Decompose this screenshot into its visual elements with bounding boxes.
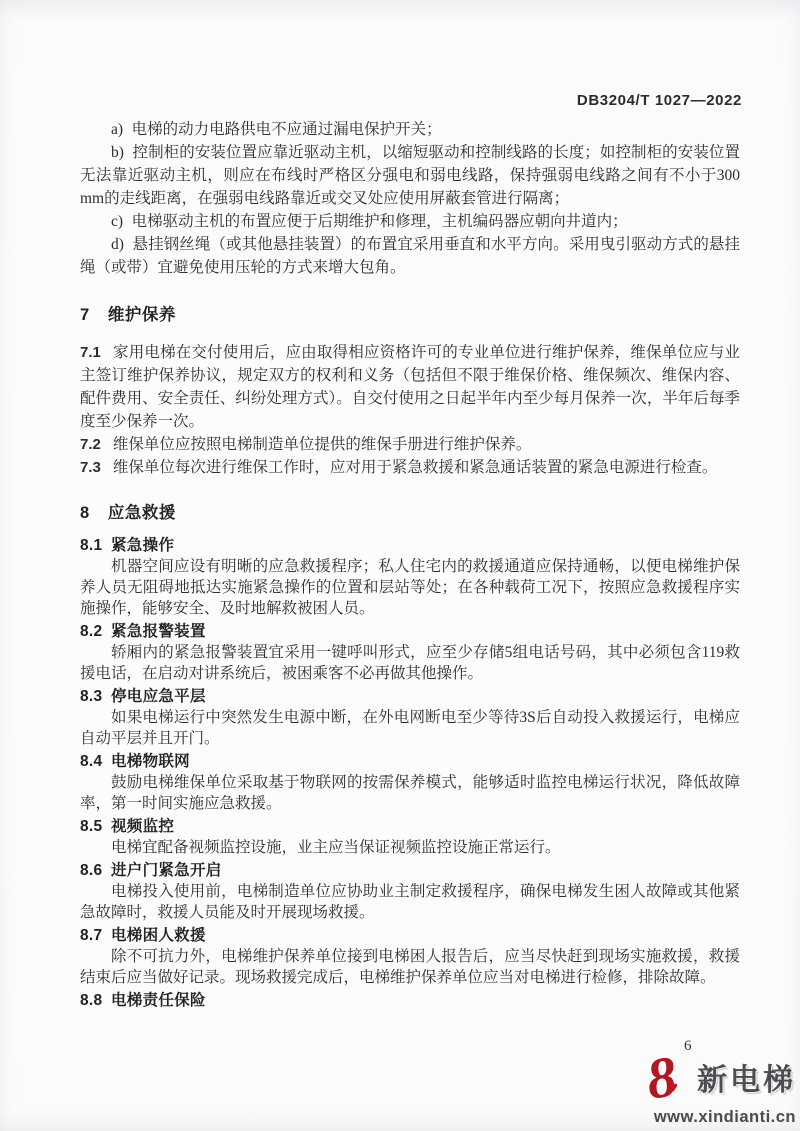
list-item-c: c)电梯驱动主机的布置应便于后期维护和修理，主机编码器应朝向井道内； [80, 210, 740, 233]
subsection-heading: 8.6进户门紧急开启 [80, 860, 740, 881]
subsection-number: 8.5 [80, 818, 102, 835]
subsection-8-8: 8.8电梯责任保险 [80, 990, 740, 1011]
subsection-title: 紧急报警装置 [111, 623, 206, 640]
subsection-title: 电梯责任保险 [111, 992, 206, 1009]
list-item-label: c) [111, 213, 123, 230]
clause-number: 7.2 [80, 436, 101, 453]
list-item-text: 控制柜的安装位置应靠近驱动主机，以缩短驱动和控制线路的长度；如控制柜的安装位置无… [80, 144, 740, 207]
clause-text: 家用电梯在交付使用后，应由取得相应资格许可的专业单位进行维护保养，维保单位应与业… [80, 344, 740, 430]
subsection-title: 紧急操作 [111, 537, 174, 554]
list-item-label: d) [111, 236, 124, 253]
subsection-heading: 8.7电梯困人救援 [80, 925, 740, 946]
logo-8-glyph: 8 [643, 1047, 680, 1108]
document-code: DB3204/T 1027—2022 [577, 92, 742, 109]
subsection-body: 轿厢内的紧急报警装置宜采用一键呼叫形式，应至少存储5组电话号码，其中必须包含11… [80, 642, 740, 684]
subsection-8-7: 8.7电梯困人救援 除不可抗力外，电梯维护保养单位接到电梯困人报告后，应当尽快赶… [80, 925, 740, 988]
list-item-text: 电梯驱动主机的布置应便于后期维护和修理，主机编码器应朝向井道内； [132, 213, 628, 230]
section-number: 8 [80, 504, 90, 522]
list-item-b: b)控制柜的安装位置应靠近驱动主机，以缩短驱动和控制线路的长度；如控制柜的安装位… [80, 141, 740, 210]
list-item-label: b) [111, 144, 124, 161]
list-item-text: 电梯的动力电路供电不应通过漏电保护开关； [132, 121, 442, 138]
subsection-8-6: 8.6进户门紧急开启 电梯投入使用前，电梯制造单位应协助业主制定救援程序，确保电… [80, 860, 740, 923]
subsection-heading: 8.1紧急操作 [80, 535, 740, 556]
logo-8-icon: 8 ♥ [647, 1055, 695, 1107]
subsection-body: 电梯投入使用前，电梯制造单位应协助业主制定救援程序，确保电梯发生困人故障或其他紧… [80, 881, 740, 923]
section-number: 7 [80, 306, 90, 324]
subsection-title: 电梯物联网 [111, 753, 190, 770]
subsection-number: 8.2 [80, 623, 102, 640]
document-content: a)电梯的动力电路供电不应通过漏电保护开关； b)控制柜的安装位置应靠近驱动主机… [80, 118, 740, 1011]
section-title: 维护保养 [108, 306, 176, 324]
subsection-body: 电梯宜配备视频监控设施，业主应当保证视频监控设施正常运行。 [80, 837, 740, 858]
page-number: 6 [684, 1038, 692, 1055]
clause-7-2: 7.2维保单位应按照电梯制造单位提供的维保手册进行维护保养。 [80, 433, 740, 456]
clause-7-1: 7.1家用电梯在交付使用后，应由取得相应资格许可的专业单位进行维护保养，维保单位… [80, 341, 740, 433]
subsection-heading: 8.4电梯物联网 [80, 751, 740, 772]
subsection-heading: 8.2紧急报警装置 [80, 621, 740, 642]
list-item-label: a) [111, 121, 123, 138]
brand-name: 新电梯 [697, 1066, 796, 1096]
clause-text: 维保单位应按照电梯制造单位提供的维保手册进行维护保养。 [113, 436, 532, 453]
section-title: 应急救援 [108, 504, 176, 522]
subsection-number: 8.4 [80, 753, 102, 770]
subsection-number: 8.3 [80, 688, 102, 705]
subsection-heading: 8.5视频监控 [80, 816, 740, 837]
subsection-8-4: 8.4电梯物联网 鼓励电梯维保单位采取基于物联网的按需保养模式，能够适时监控电梯… [80, 751, 740, 814]
subsection-title: 停电应急平层 [111, 688, 206, 705]
clause-7-3: 7.3维保单位每次进行维保工作时，应对用于紧急救援和紧急通话装置的紧急电源进行检… [80, 456, 740, 479]
subsection-title: 视频监控 [111, 818, 174, 835]
subsection-body: 如果电梯运行中突然发生电源中断，在外电网断电至少等待3S后自动投入救援运行，电梯… [80, 707, 740, 749]
subsection-body: 鼓励电梯维保单位采取基于物联网的按需保养模式，能够适时监控电梯运行状况，降低故障… [80, 772, 740, 814]
subsection-title: 进户门紧急开启 [111, 862, 222, 879]
watermark-logo-row: 8 ♥ 新电梯 [566, 1055, 796, 1107]
subsection-heading: 8.8电梯责任保险 [80, 990, 740, 1011]
subsection-title: 电梯困人救援 [111, 927, 206, 944]
subsection-number: 8.6 [80, 862, 102, 879]
subsection-8-3: 8.3停电应急平层 如果电梯运行中突然发生电源中断，在外电网断电至少等待3S后自… [80, 686, 740, 749]
clause-text: 维保单位每次进行维保工作时，应对用于紧急救援和紧急通话装置的紧急电源进行检查。 [113, 459, 718, 476]
subsection-8-1: 8.1紧急操作 机器空间应设有明晰的应急救援程序；私人住宅内的救援通道应保持通畅… [80, 535, 740, 619]
heart-icon: ♥ [669, 1081, 678, 1096]
subsection-8-2: 8.2紧急报警装置 轿厢内的紧急报警装置宜采用一键呼叫形式，应至少存储5组电话号… [80, 621, 740, 684]
clause-number: 7.1 [80, 344, 101, 361]
list-item-text: 悬挂钢丝绳（或其他悬挂装置）的布置宜采用垂直和水平方向。采用曳引驱动方式的悬挂绳… [80, 236, 740, 276]
brand-url: www.xindianti.cn [566, 1109, 796, 1126]
subsection-number: 8.1 [80, 537, 102, 554]
subsection-body: 除不可抗力外，电梯维护保养单位接到电梯困人报告后，应当尽快赶到现场实施救援，救援… [80, 946, 740, 988]
list-item-a: a)电梯的动力电路供电不应通过漏电保护开关； [80, 118, 740, 141]
scanned-document-page: DB3204/T 1027—2022 a)电梯的动力电路供电不应通过漏电保护开关… [0, 0, 800, 1131]
section-8-heading: 8应急救援 [80, 501, 740, 525]
section-7-heading: 7维护保养 [80, 303, 740, 327]
subsection-8-5: 8.5视频监控 电梯宜配备视频监控设施，业主应当保证视频监控设施正常运行。 [80, 816, 740, 858]
clause-number: 7.3 [80, 459, 101, 476]
subsection-number: 8.8 [80, 992, 102, 1009]
subsection-heading: 8.3停电应急平层 [80, 686, 740, 707]
subsection-number: 8.7 [80, 927, 102, 944]
xindianti-watermark: 8 ♥ 新电梯 www.xindianti.cn [566, 1055, 796, 1126]
subsection-body: 机器空间应设有明晰的应急救援程序；私人住宅内的救援通道应保持通畅，以便电梯维护保… [80, 556, 740, 619]
list-item-d: d)悬挂钢丝绳（或其他悬挂装置）的布置宜采用垂直和水平方向。采用曳引驱动方式的悬… [80, 233, 740, 279]
